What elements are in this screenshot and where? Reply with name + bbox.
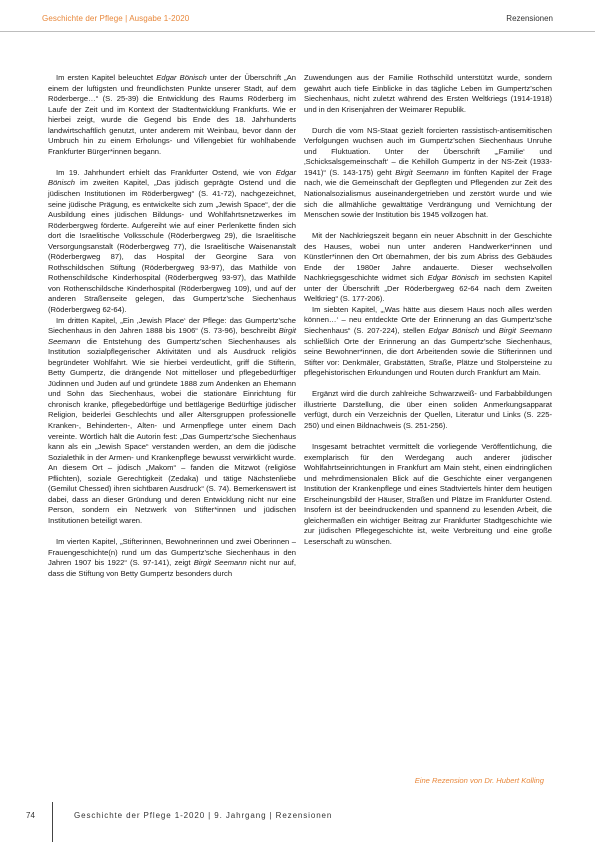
paragraph-chapter-3: Im dritten Kapitel, „Ein ‚Jewish Place‘ … xyxy=(48,316,296,527)
author-name: Edgar Bönisch xyxy=(428,273,479,282)
paragraph-appendix: Ergänzt wird die durch zahlreiche Schwar… xyxy=(304,389,552,431)
paragraph-chapter-1: Im ersten Kapitel beleuchtet Edgar Bönis… xyxy=(48,73,296,157)
author-name: Birgit Seemann xyxy=(499,326,552,335)
text: und xyxy=(479,326,499,335)
paragraph-chapter-5: Durch die vom NS-Staat gezielt forcierte… xyxy=(304,126,552,221)
paragraph-continuation: Zuwendungen aus der Familie Rothschild u… xyxy=(304,73,552,115)
text: im zweiten Kapitel, „Das jüdisch geprägt… xyxy=(48,178,296,314)
author-name: Birgit Seemann xyxy=(194,558,247,567)
text: Im dritten Kapitel, „Ein ‚Jewish Place‘ … xyxy=(48,316,296,336)
page-number: 74 xyxy=(26,811,35,820)
author-name: Birgit Seemann xyxy=(395,168,448,177)
footer-running-title: Geschichte der Pflege 1-2020 | 9. Jahrga… xyxy=(74,811,332,820)
right-column: Zuwendungen aus der Familie Rothschild u… xyxy=(304,73,552,558)
text: schließlich Orte der Erinnerung an das G… xyxy=(304,337,552,378)
text: unter der Überschrift „An einem der luft… xyxy=(48,73,296,156)
paragraph-chapter-6: Mit der Nachkriegszeit begann ein neuer … xyxy=(304,231,552,305)
journal-issue-title: Geschichte der Pflege | Ausgabe 1-2020 xyxy=(42,14,189,23)
paragraph-chapter-4: Im vierten Kapitel, „Stifterinnen, Bewoh… xyxy=(48,537,296,579)
review-signature: Eine Rezension von Dr. Hubert Kolling xyxy=(304,776,544,785)
page-header: Geschichte der Pflege | Ausgabe 1-2020 R… xyxy=(0,0,595,30)
paragraph-chapter-7: Im siebten Kapitel, „‚Was hätte aus dies… xyxy=(304,305,552,379)
text: die Entstehung des Gumpertz’schen Sieche… xyxy=(48,337,296,525)
left-column: Im ersten Kapitel beleuchtet Edgar Bönis… xyxy=(48,73,296,590)
footer-divider xyxy=(52,802,53,842)
section-label: Rezensionen xyxy=(506,14,553,23)
paragraph-chapter-2: Im 19. Jahrhundert erhielt das Frankfurt… xyxy=(48,168,296,316)
text: Im ersten Kapitel beleuchtet xyxy=(56,73,156,82)
author-name: Edgar Bönisch xyxy=(156,73,206,82)
paragraph-conclusion: Insgesamt betrachtet vermittelt die vorl… xyxy=(304,442,552,547)
header-divider xyxy=(0,31,595,32)
author-name: Edgar Bönisch xyxy=(428,326,479,335)
text: Im 19. Jahrhundert erhielt das Frankfurt… xyxy=(56,168,276,177)
